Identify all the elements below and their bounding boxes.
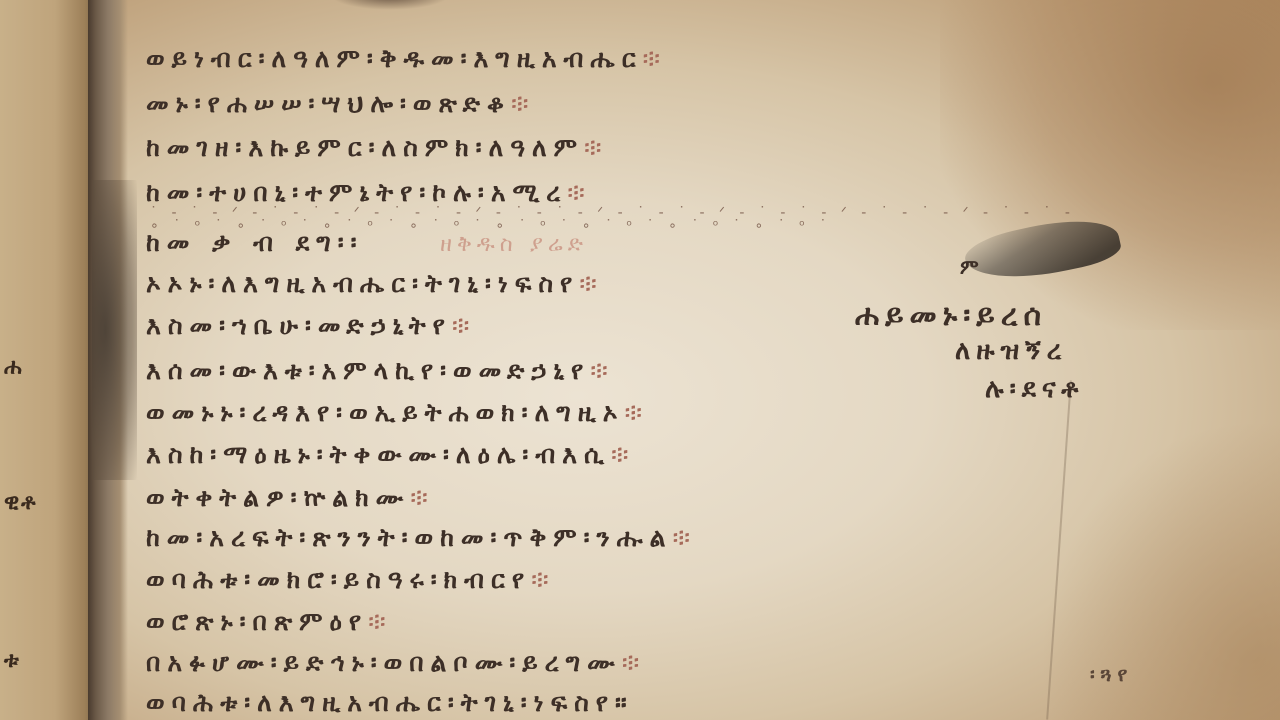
spine-stain [92,180,137,480]
margin-note: ም [960,255,985,279]
text-line: ወይነብር፡ለዓለም፡ቅዱመ፡እግዚአብሔር፨ [146,44,660,74]
section-mark-icon: ፨ [511,89,529,118]
section-mark-icon: ፨ [579,269,597,298]
margin-note: ለዙዝኝረ [955,336,1067,367]
section-mark-icon: ፨ [452,311,470,340]
text-line: ከመ፡ተሀበኒ፡ተምኔትየ፡ኮሉ፡አሚረ፨ [146,178,585,208]
left-page-fragment: ሐ [4,355,24,380]
text-line: ወሮጽኑ፡በጽምዕየ፨ [146,607,386,637]
margin-note: ሉ፡ደናቶ [985,374,1084,405]
text-line: ወትቀትልዎ፡ኵልክሙ፨ [146,483,428,513]
section-mark-icon: ፨ [531,565,549,594]
section-mark-icon: ፨ [624,398,642,427]
text-line: ወመኑኑ፡ረዳእየ፡ወኢይትሐወክ፡ለግዚኦ፨ [146,398,642,428]
text-line: ከመ ቃ ብ ደግ፡፡ [146,228,364,258]
left-page-fragment: ዊቶ [4,490,38,515]
section-mark-icon: ፨ [410,483,428,512]
left-page-fragment: ቱ [4,648,21,673]
section-mark-icon: ፨ [567,178,585,207]
margin-note: ፡ጓየ [1090,662,1133,686]
text-line: እስመ፡ኀቤሁ፡መድኃኒትየ፨ [146,311,469,341]
water-stain [940,0,1280,330]
section-mark-icon: ፨ [584,133,602,162]
section-mark-icon: ፨ [590,356,608,385]
rubric-faded: ዘቅዱስ ያሬድ [440,232,588,257]
text-line: ከመገዘ፡እኩይምር፡ለስምክ፡ለዓለም፨ [146,133,602,163]
ink-blot [330,0,450,10]
section-mark-icon: ፨ [611,440,629,469]
section-mark-icon: ፨ [643,44,661,73]
margin-note: ሐይመኑ፡ይረሰ [855,298,1047,333]
water-stain [1040,420,1280,720]
section-mark-icon: ፨ [672,523,690,552]
section-mark-icon: ፨ [368,607,386,636]
text-line: በአፉሆሙ፡ይድኅኑ፡ወበልቦሙ፡ይረግሙ፨ [146,648,639,678]
text-line: ከመ፡አረፍት፡ጽንንት፡ወከመ፡ጥቅም፡ንሑል፨ [146,523,690,553]
section-mark-icon: ፨ [622,648,640,677]
text-line: መኑ፡የሐሠሠ፡ሣህሎ፡ወጽድቆ፨ [146,89,529,119]
text-line: ወባሕቱ፡መክሮ፡ይስዓሩ፡ክብርየ፨ [146,565,549,595]
text-line: ወባሕቱ፡ለእግዚአብሔር፡ትገኒ፡ነፍስየ። [146,688,634,718]
left-page: ሐ ዊቶ ቱ [0,0,100,720]
text-line: እስከ፡ማዕዜኑ፡ትቀውሙ፡ለዕሌ፡ብእሲ፨ [146,440,629,470]
text-line: እሰመ፡ውእቱ፡አምላኪየ፡ወመድኃኒየ፨ [146,356,608,386]
text-line: ኦኦኑ፡ለእግዚአብሔር፡ትገኒ፡ነፍስየ፨ [146,269,597,299]
